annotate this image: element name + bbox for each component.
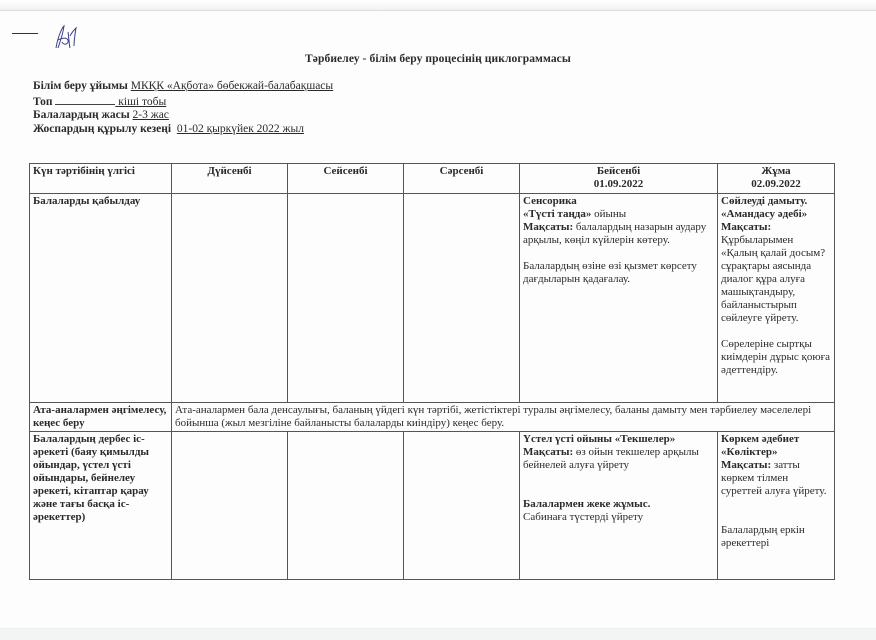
- org-row: Білім беру ұйымы МКҚК «Ақбота» бөбекжай-…: [33, 80, 333, 94]
- signature-icon: [52, 22, 80, 52]
- group-blank: [55, 94, 115, 105]
- table-row: Балаларды қабылдау Сенсорика «Түсті таңд…: [30, 194, 835, 403]
- goal-label: Мақсаты:: [721, 221, 831, 234]
- document-title: Тәрбиелеу - білім беру процесінің циклог…: [0, 53, 876, 65]
- col-header-monday: Дүйсенбі: [172, 164, 288, 194]
- activity-title: Көркем әдебиет: [721, 433, 831, 446]
- age-label: Балалардың жасы: [33, 109, 130, 121]
- dash-mark: [12, 33, 38, 34]
- activity-title: Сенсорика: [523, 195, 714, 208]
- game-line: «Амандасу әдебі»: [721, 208, 831, 221]
- group-row: Топ кіші тобы: [33, 94, 333, 110]
- cell-wednesday: [404, 194, 520, 403]
- activity-title: Үстел үсті ойыны «Текшелер»: [523, 433, 714, 446]
- game-line: «Көліктер»: [721, 446, 831, 459]
- group-value-text: кіші тобы: [118, 96, 166, 108]
- individual-work-text: Сабинаға түстерді үйрету: [523, 511, 714, 524]
- group-label: Топ: [33, 96, 53, 108]
- goal-text: Мақсаты: өз ойын текшелер арқылы бейнеле…: [523, 446, 714, 472]
- col-header-tuesday: Сейсенбі: [288, 164, 404, 194]
- goal-text: Мақсаты: затты көркем тілмен суреттей ал…: [721, 459, 831, 498]
- cell-monday: [172, 432, 288, 580]
- goal-text: Құрбыларымен «Қалың қалай досым? сұрақта…: [721, 234, 831, 325]
- table-row: Балалардың дербес іс-әрекеті (баяу қимыл…: [30, 432, 835, 580]
- period-label: Жоспардың құрылу кезеңі: [33, 123, 171, 135]
- col-header-thursday: Бейсенбі01.09.2022: [520, 164, 718, 194]
- scan-top-edge: [0, 0, 876, 11]
- org-label: Білім беру ұйымы: [33, 80, 128, 92]
- scan-bottom-edge: [0, 628, 876, 640]
- col-header-schedule: Күн тәртібінің үлгісі: [30, 164, 172, 194]
- period-value: 01-02 қыркүйек 2022 жыл: [177, 123, 304, 135]
- table-row: Ата-аналармен әңгімелесу, кеңес беру Ата…: [30, 403, 835, 432]
- document-meta: Білім беру ұйымы МКҚК «Ақбота» бөбекжай-…: [33, 80, 333, 136]
- age-value: 2-3 жас: [133, 109, 169, 121]
- cell-monday: [172, 194, 288, 403]
- row-label-parents: Ата-аналармен әңгімелесу, кеңес беру: [30, 403, 172, 432]
- game-line: «Түсті таңда» ойыны: [523, 208, 714, 221]
- goal-text: Мақсаты: балалардың назарын аудару арқыл…: [523, 221, 714, 247]
- extra-note: Сөрелеріне сыртқы киімдерін дұрыс қоюға …: [721, 338, 831, 377]
- cell-wednesday: [404, 432, 520, 580]
- table-header-row: Күн тәртібінің үлгісі Дүйсенбі Сейсенбі …: [30, 164, 835, 194]
- cell-friday: Сөйлеуді дамыту. «Амандасу әдебі» Мақсат…: [718, 194, 835, 403]
- extra-note: Балалардың еркін әрекеттері: [721, 524, 831, 550]
- individual-work-title: Балалармен жеке жұмыс.: [523, 498, 714, 511]
- cell-friday: Көркем әдебиет «Көліктер» Мақсаты: затты…: [718, 432, 835, 580]
- row-label-independent-activity: Балалардың дербес іс-әрекеті (баяу қимыл…: [30, 432, 172, 580]
- activity-title: Сөйлеуді дамыту.: [721, 195, 831, 208]
- cell-thursday: Сенсорика «Түсті таңда» ойыны Мақсаты: б…: [520, 194, 718, 403]
- period-row: Жоспардың құрылу кезеңі 01-02 қыркүйек 2…: [33, 123, 333, 137]
- col-header-wednesday: Сәрсенбі: [404, 164, 520, 194]
- extra-note: Балалардың өзіне өзі қызмет көрсету дағд…: [523, 260, 714, 286]
- age-row: Балалардың жасы 2-3 жас: [33, 109, 333, 123]
- cell-thursday: Үстел үсті ойыны «Текшелер» Мақсаты: өз …: [520, 432, 718, 580]
- cell-merged-parents: Ата-аналармен бала денсаулығы, баланың ү…: [172, 403, 835, 432]
- group-value: кіші тобы: [55, 96, 166, 108]
- cell-tuesday: [288, 432, 404, 580]
- org-value: МКҚК «Ақбота» бөбекжай-балабақшасы: [131, 80, 333, 92]
- cell-tuesday: [288, 194, 404, 403]
- schedule-table: Күн тәртібінің үлгісі Дүйсенбі Сейсенбі …: [29, 163, 835, 580]
- col-header-friday: Жұма02.09.2022: [718, 164, 835, 194]
- row-label-reception: Балаларды қабылдау: [30, 194, 172, 403]
